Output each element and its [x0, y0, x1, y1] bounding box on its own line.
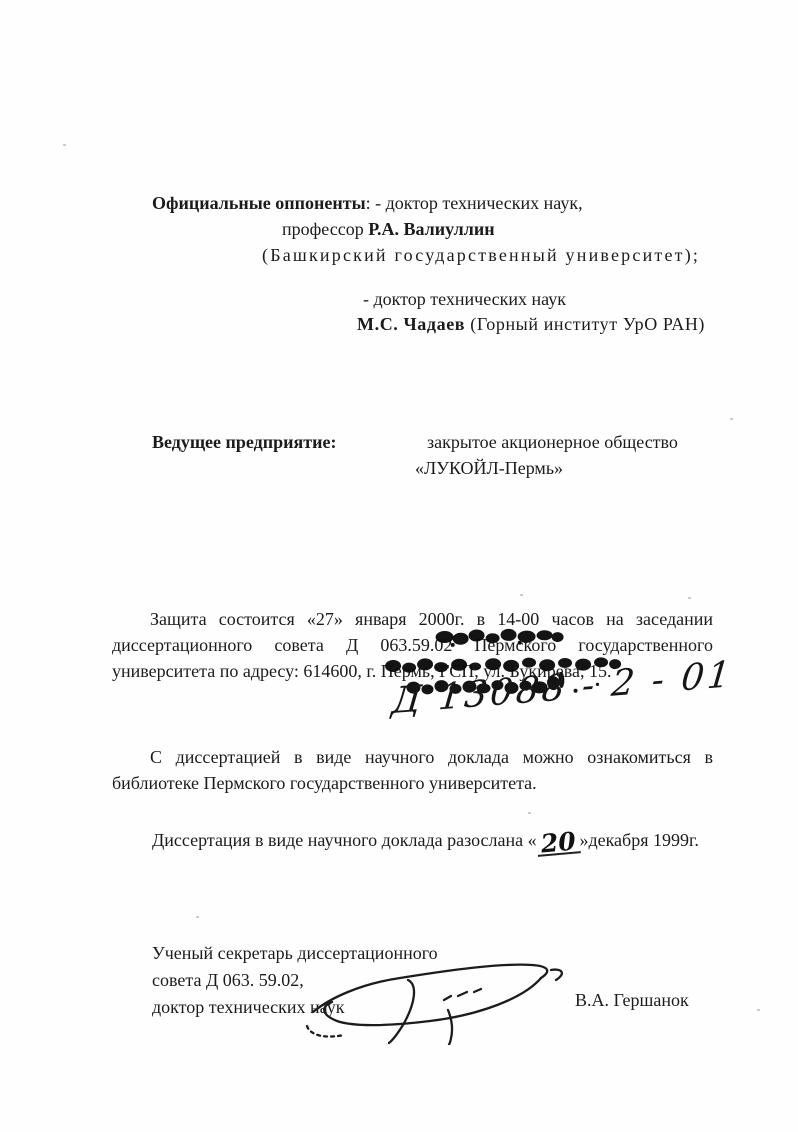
- library-line-2: библиотеке Пермского государственного ун…: [112, 770, 713, 796]
- leading-org-value-2: «ЛУКОЙЛ-Пермь»: [415, 455, 563, 481]
- opponents-line-1: Официальные оппоненты: - доктор техничес…: [152, 190, 583, 216]
- opponent-1-name: Р.А. Валиуллин: [368, 219, 494, 239]
- handwritten-mailed-day: 20: [536, 831, 581, 857]
- scan-speck: [757, 1009, 760, 1011]
- scan-speck: [196, 916, 199, 918]
- scan-speck: [520, 594, 523, 596]
- signature: [298, 950, 583, 1045]
- opponent-1-title: профессор: [282, 219, 368, 239]
- opponent-2-affiliation: (Горный институт УрО РАН): [465, 314, 705, 334]
- library-line-1: С диссертацией в виде научного доклада м…: [112, 744, 713, 770]
- scan-speck: [688, 597, 691, 599]
- opponent-1-affiliation: (Башкирский государственный университет)…: [262, 242, 700, 268]
- opponents-label: Официальные оппоненты: [152, 193, 366, 213]
- mailed-line: Диссертация в виде научного доклада разо…: [152, 827, 699, 855]
- scan-speck: [63, 144, 66, 146]
- scan-speck: [730, 418, 733, 420]
- opponent-2-name: М.С. Чадаев: [357, 314, 465, 334]
- leading-org-label: Ведущее предприятие:: [152, 429, 336, 455]
- mailed-prefix: Диссертация в виде научного доклада разо…: [152, 830, 537, 850]
- opponent-1-degree: : - доктор технических наук,: [366, 193, 583, 213]
- opponent-2-degree: - доктор технических наук: [363, 286, 566, 312]
- library-paragraph: С диссертацией в виде научного доклада м…: [112, 744, 713, 796]
- mailed-suffix: »декабря 1999г.: [579, 830, 698, 850]
- leading-org-value-1: закрытое акционерное общество: [427, 429, 678, 455]
- document-page: Официальные оппоненты: - доктор техничес…: [0, 0, 798, 1132]
- opponents-line-2: профессор Р.А. Валиуллин: [282, 216, 495, 242]
- opponents-line-5: М.С. Чадаев (Горный институт УрО РАН): [357, 311, 705, 337]
- secretary-line-2: совета Д 063. 59.02,: [152, 967, 304, 993]
- scan-speck: [528, 812, 531, 814]
- secretary-name: В.А. Гершанок: [575, 987, 689, 1013]
